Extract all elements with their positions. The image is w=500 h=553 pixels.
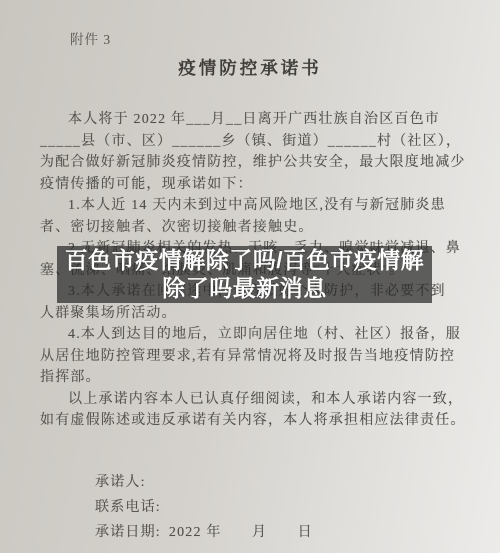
body-line: 4.本人到达目的地后，立即向居住地（村、社区）报备，服 [40,324,465,346]
body-line: 人群聚集场所活动。 [40,303,465,325]
signature-block: 承诺人: 联系电话: 承诺日期:2022 年 月 日 [95,470,500,545]
body-line: 为配合做好新冠肺炎疫情防控，维护公共安全，最大限度地减少 [40,152,465,174]
body-line: 1.本人近 14 天内未到过中高风险地区,没有与新冠肺炎患 [40,195,465,217]
phone-label: 联系电话: [95,495,500,520]
body-line: 者、密切接触者、次密切接触者接触史。 [40,217,465,239]
date-row: 承诺日期:2022 年 月 日 [95,520,500,545]
headline-overlay-line-2: 除了吗最新消息 [162,275,327,303]
headline-overlay-band: 百色市疫情解除了吗/百色市疫情解 除了吗最新消息 [57,246,432,303]
scanned-document-page: 附件 3 疫情防控承诺书 本人将于 2022 年___月__日离开广西壮族自治区… [0,0,500,553]
date-label: 承诺日期: [95,525,161,540]
body-line: 以上承诺内容本人已认真仔细阅读，和本人承诺内容一致， [40,389,465,411]
headline-overlay-line-1: 百色市疫情解除了吗/百色市疫情解 [65,247,424,275]
attachment-label: 附件 3 [70,28,500,46]
document-title: 疫情防控承诺书 [0,55,500,77]
date-value: 2022 年 月 日 [169,525,313,540]
promiser-label: 承诺人: [95,470,500,495]
body-line: _____县（市、区）______乡（镇、街道）______村（社区）， [40,131,465,153]
body-line: 如有虚假陈述或违反承诺有关内容，本人将承担相应法律责任。 [40,410,465,432]
body-line: 从居住地防控管理要求,若有异常情况将及时报告当地疫情防控 [40,346,465,368]
body-line: 本人将于 2022 年___月__日离开广西壮族自治区百色市 [40,109,465,131]
body-line: 指挥部。 [40,367,465,389]
body-line: 疫情传播的可能，现承诺如下： [40,174,465,196]
